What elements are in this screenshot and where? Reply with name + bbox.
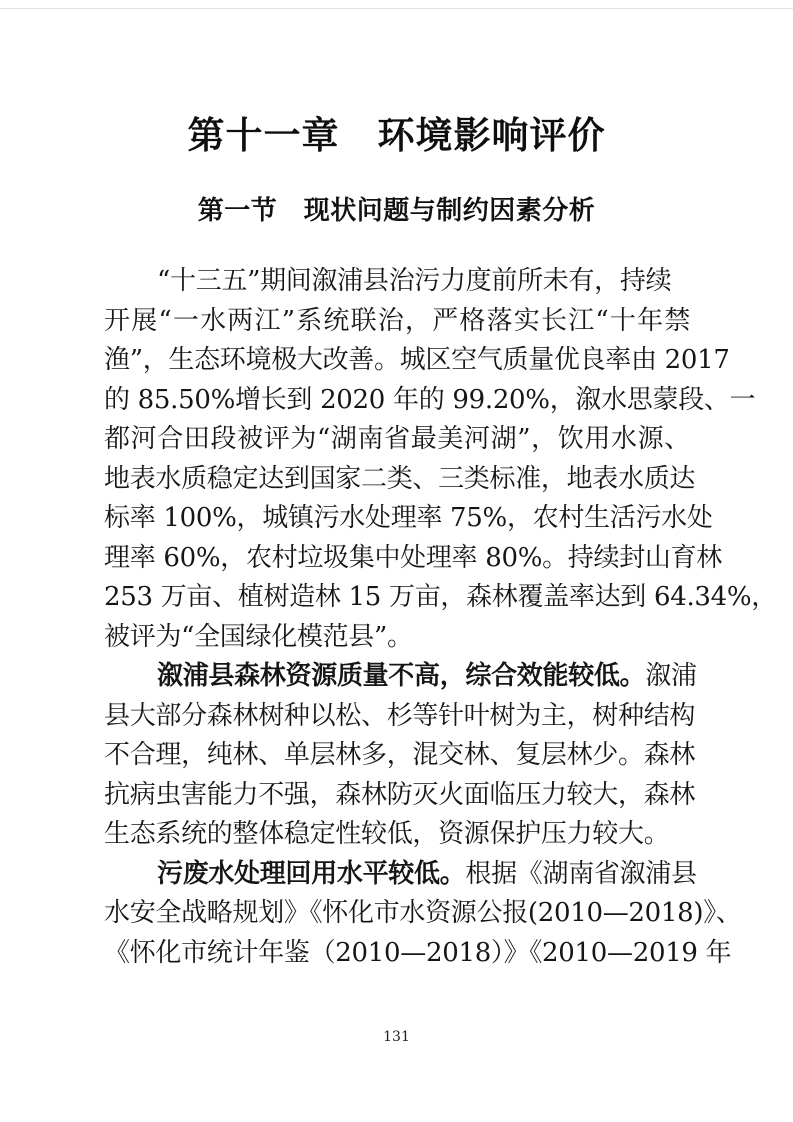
text-segment: 溆浦 [645, 661, 696, 691]
body-line: 不合理，纯林、单层林多，混交林、复层林少。森林 [104, 736, 690, 776]
body-line: 《怀化市统计年鉴（2010—2018）》《2010—2019 年 [104, 934, 690, 974]
body-line: 理率 60%，农村垃圾集中处理率 80%。持续封山育林 [104, 539, 690, 579]
chapter-title: 第十一章 环境影响评价 [0, 113, 793, 157]
page-number: 131 [0, 1029, 793, 1045]
text-segment: “十三五”期间溆浦县治污力度前所未有，持续 [157, 266, 671, 296]
text-segment: 水安全战略规划》《怀化市水资源公报(2010—2018)》、 [104, 898, 742, 928]
text-segment: 理率 60%，农村垃圾集中处理率 80%。持续封山育林 [104, 543, 722, 573]
body-line: 253 万亩、植树造林 15 万亩，森林覆盖率达到 64.34%， [104, 578, 690, 618]
body-line: 生态系统的整体稳定性较低，资源保护压力较大。 [104, 815, 690, 855]
text-segment: 都河合田段被评为“湖南省最美河湖”，饮用水源、 [104, 424, 690, 454]
text-segment: 标率 100%，城镇污水处理率 75%，农村生活污水处 [104, 503, 713, 533]
text-segment: 渔”，生态环境极大改善。城区空气质量优良率由 2017 [104, 345, 730, 375]
body-line: “十三五”期间溆浦县治污力度前所未有，持续 [104, 262, 637, 302]
body-line: 溆浦县森林资源质量不高，综合效能较低。溆浦 [104, 657, 637, 697]
text-segment: 抗病虫害能力不强，森林防灭火面临压力较大，森林 [104, 780, 695, 810]
bold-lead-text: 溆浦县森林资源质量不高，综合效能较低。 [157, 661, 645, 691]
body-text: “十三五”期间溆浦县治污力度前所未有，持续开展“一水两江”系统联治，严格落实长江… [104, 262, 690, 973]
body-line: 标率 100%，城镇污水处理率 75%，农村生活污水处 [104, 499, 690, 539]
text-segment: 的 85.50%增长到 2020 年的 99.20%，溆水思蒙段、一 [104, 385, 755, 415]
text-segment: 《怀化市统计年鉴（2010—2018）》《2010—2019 年 [104, 938, 731, 968]
text-segment: 地表水质稳定达到国家二类、三类标准，地表水质达 [104, 464, 695, 494]
document-page: 第十一章 环境影响评价 第一节 现状问题与制约因素分析 “十三五”期间溆浦县治污… [0, 0, 793, 1122]
text-segment: 不合理，纯林、单层林多，混交林、复层林少。森林 [104, 740, 695, 770]
page-top-edge [0, 8, 793, 9]
text-segment: 生态系统的整体稳定性较低，资源保护压力较大。 [104, 819, 669, 849]
bold-lead-text: 污废水处理回用水平较低。 [157, 859, 465, 889]
body-line: 水安全战略规划》《怀化市水资源公报(2010—2018)》、 [104, 894, 690, 934]
text-segment: 县大部分森林树种以松、杉等针叶树为主，树种结构 [104, 701, 695, 731]
body-line: 地表水质稳定达到国家二类、三类标准，地表水质达 [104, 460, 690, 500]
body-line: 污废水处理回用水平较低。根据《湖南省溆浦县 [104, 855, 637, 895]
body-line: 抗病虫害能力不强，森林防灭火面临压力较大，森林 [104, 776, 690, 816]
body-line: 渔”，生态环境极大改善。城区空气质量优良率由 2017 [104, 341, 690, 381]
body-line: 的 85.50%增长到 2020 年的 99.20%，溆水思蒙段、一 [104, 381, 690, 421]
body-line: 被评为“全国绿化模范县”。 [104, 618, 690, 658]
body-line: 都河合田段被评为“湖南省最美河湖”，饮用水源、 [104, 420, 690, 460]
text-segment: 根据《湖南省溆浦县 [465, 859, 696, 889]
text-segment: 被评为“全国绿化模范县”。 [104, 622, 413, 652]
body-line: 县大部分森林树种以松、杉等针叶树为主，树种结构 [104, 697, 690, 737]
text-segment: 开展“一水两江”系统联治，严格落实长江“十年禁 [104, 306, 690, 336]
body-line: 开展“一水两江”系统联治，严格落实长江“十年禁 [104, 302, 690, 342]
text-segment: 253 万亩、植树造林 15 万亩，森林覆盖率达到 64.34%， [104, 582, 777, 612]
section-title: 第一节 现状问题与制约因素分析 [0, 196, 793, 227]
